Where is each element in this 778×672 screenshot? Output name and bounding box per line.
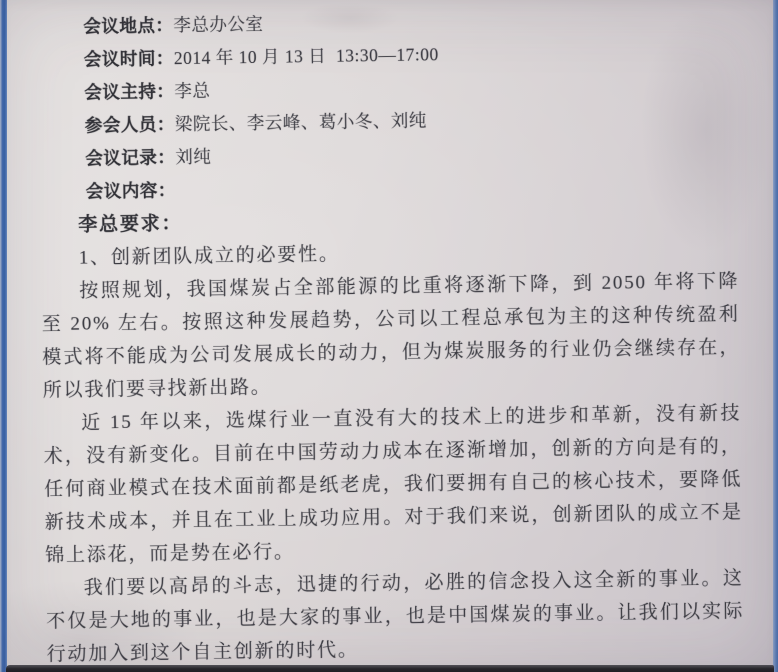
meta-value: 梁院长、李云峰、葛小冬、刘纯 — [175, 110, 427, 134]
meta-label: 会议内容： — [86, 180, 176, 201]
meta-label: 会议时间： — [84, 48, 174, 69]
meta-label: 会议地点： — [83, 15, 173, 36]
meeting-content-section: 李总要求： 1、创新团队成立的必要性。 按照规划，我国煤炭占全部能源的比重将逐渐… — [40, 199, 745, 671]
meta-value: 2014 年 10 月 13 日 13:30—17:00 — [174, 44, 439, 68]
meeting-meta-section: 会议地点：李总办公室 会议时间：2014 年 10 月 13 日 13:30—1… — [83, 1, 738, 209]
meta-value: 李总办公室 — [173, 14, 263, 35]
meta-label: 会议主持： — [84, 81, 174, 102]
body-paragraph: 按照规划，我国煤炭占全部能源的比重将逐渐下降，到 2050 年将下降至 20% … — [41, 265, 741, 407]
body-paragraph: 近 15 年以来，选煤行业一直没有大的技术上的进步和革新，没有新技术，没有新变化… — [43, 397, 743, 572]
meeting-minutes-photo: 会议地点：李总办公室 会议时间：2014 年 10 月 13 日 13:30—1… — [0, 0, 778, 672]
body-paragraph: 我们要以高昂的斗志，迅捷的行动，必胜的信念投入这全新的事业。这不仅是大地的事业，… — [45, 562, 744, 671]
meta-value: 李总 — [174, 81, 210, 102]
meta-label: 参会人员： — [85, 114, 175, 135]
paper: 会议地点：李总办公室 会议时间：2014 年 10 月 13 日 13:30—1… — [0, 0, 778, 672]
meta-value: 刘纯 — [175, 147, 211, 168]
meta-label: 会议记录： — [85, 147, 175, 168]
